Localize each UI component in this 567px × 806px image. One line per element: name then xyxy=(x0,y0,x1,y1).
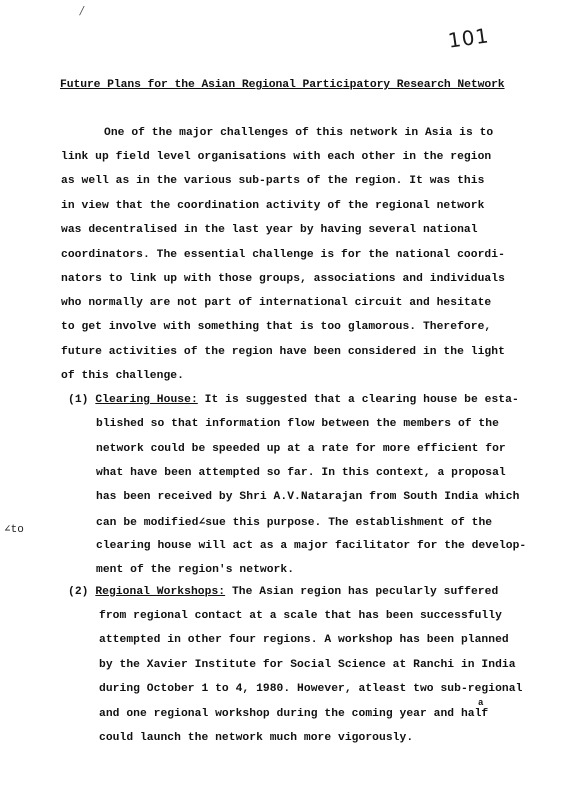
intro-line: coordinators. The essential challenge is… xyxy=(61,249,505,261)
item-line: can be modified∠sue this purpose. The es… xyxy=(96,515,492,529)
item-regional-workshops-first-line: (2) Regional Workshops: The Asian region… xyxy=(68,586,498,598)
document-title: Future Plans for the Asian Regional Part… xyxy=(60,79,505,91)
intro-line: future activities of the region have bee… xyxy=(61,346,505,358)
inserted-word: a xyxy=(478,698,483,708)
handwritten-page-number: 101 xyxy=(447,23,491,52)
intro-line: One of the major challenges of this netw… xyxy=(104,127,493,139)
item-line: what have been attempted so far. In this… xyxy=(96,467,506,479)
item-line: has been received by Shri A.V.Natarajan … xyxy=(96,491,519,503)
item-heading: Regional Workshops: xyxy=(95,586,225,598)
document-page: / 101 Future Plans for the Asian Regiona… xyxy=(0,0,567,806)
item-line: clearing house will act as a major facil… xyxy=(96,540,526,552)
intro-line: as well as in the various sub-parts of t… xyxy=(61,175,484,187)
intro-line: in view that the coordination activity o… xyxy=(61,200,484,212)
item-clearing-house-first-line: (1) Clearing House: It is suggested that… xyxy=(68,394,519,406)
intro-line: who normally are not part of internation… xyxy=(61,297,491,309)
intro-line: to get involve with something that is to… xyxy=(61,321,491,333)
item-line: during October 1 to 4, 1980. However, at… xyxy=(99,683,522,695)
intro-line: of this challenge. xyxy=(61,370,184,382)
item-text: The Asian region has pecularly suffered xyxy=(225,586,498,598)
item-number: (2) xyxy=(68,586,89,598)
item-line: attempted in other four regions. A works… xyxy=(99,634,509,646)
item-line: from regional contact at a scale that ha… xyxy=(99,610,502,622)
item-line: ment of the region's network. xyxy=(96,564,294,576)
item-line: by the Xavier Institute for Social Scien… xyxy=(99,659,516,671)
item-line: blished so that information flow between… xyxy=(96,418,499,430)
stray-pen-mark: / xyxy=(80,4,84,17)
intro-line: link up field level organisations with e… xyxy=(61,151,491,163)
item-line: network could be speeded up at a rate fo… xyxy=(96,443,506,455)
item-number: (1) xyxy=(68,394,89,406)
item-line: and one regional workshop during the com… xyxy=(99,708,488,720)
item-line: could launch the network much more vigor… xyxy=(99,732,413,744)
intro-line: nators to link up with those groups, ass… xyxy=(61,273,505,285)
intro-line: was decentralised in the last year by ha… xyxy=(61,224,478,236)
handwritten-margin-note: ∠to xyxy=(4,522,24,536)
item-heading: Clearing House: xyxy=(95,394,197,406)
item-text: It is suggested that a clearing house be… xyxy=(198,394,519,406)
